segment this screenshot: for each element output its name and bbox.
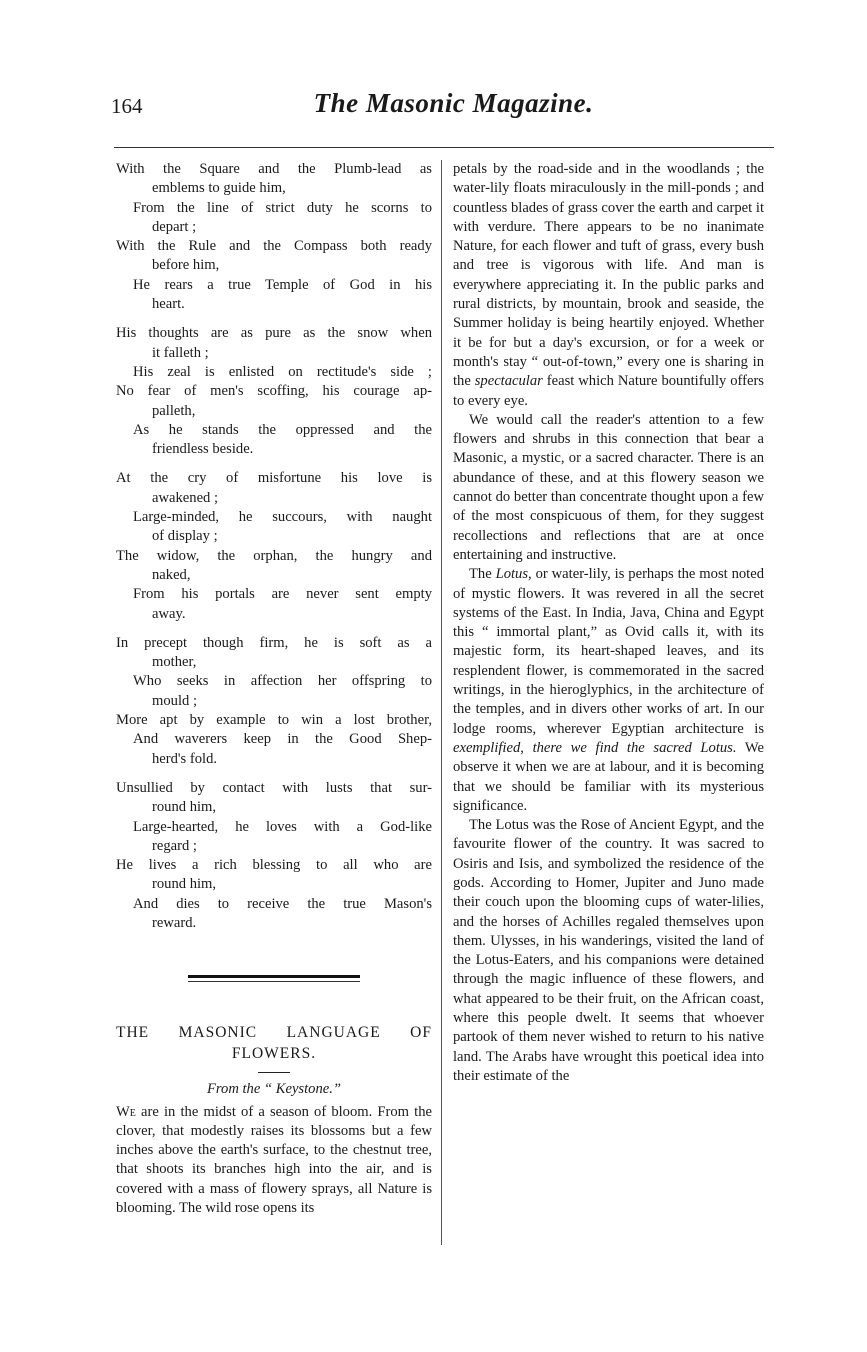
article-opening-paragraph: We are in the midst of a season of bloom…	[116, 1103, 432, 1219]
poem-line: As he stands the oppressed and the	[116, 421, 432, 440]
article-source: From the “ Keystone.”	[116, 1080, 432, 1099]
poem-line: Large-hearted, he loves with a God-like	[116, 818, 432, 837]
article-paragraph: The Lotus was the Rose of Ancient Egypt,…	[453, 816, 764, 1086]
text-run: The	[469, 566, 496, 582]
poem-line: heart.	[116, 295, 432, 314]
poem-stanza: At the cry of misfortune his love isawak…	[116, 469, 432, 623]
poem-line: emblems to guide him,	[116, 179, 432, 198]
poem-line: He lives a rich blessing to all who are	[116, 856, 432, 875]
section-divider-ornament	[188, 975, 360, 982]
poem-line: From the line of strict duty he scorns t…	[116, 199, 432, 218]
left-column: With the Square and the Plumb-lead asemb…	[116, 160, 432, 1218]
poem-line: herd's fold.	[116, 750, 432, 769]
poem-line: And waverers keep in the Good Shep-	[116, 730, 432, 749]
poem-line: naked,	[116, 566, 432, 585]
italic-text: Lotus	[496, 566, 528, 582]
poem-stanza: With the Square and the Plumb-lead asemb…	[116, 160, 432, 314]
poem-line: His thoughts are as pure as the snow whe…	[116, 324, 432, 343]
ornament-thin-rule	[188, 981, 360, 982]
text-run: We would call the reader's attention to …	[453, 412, 764, 563]
poem-line: it falleth ;	[116, 344, 432, 363]
article-continuation: petals by the road-side and in the woodl…	[453, 160, 764, 1086]
poem-line: And dies to receive the true Mason's	[116, 895, 432, 914]
poem-stanza: His thoughts are as pure as the snow whe…	[116, 324, 432, 459]
text-run: petals by the road-side and in the woodl…	[453, 161, 764, 389]
poem-line: reward.	[116, 914, 432, 933]
poem-line: palleth,	[116, 402, 432, 421]
title-short-rule	[258, 1072, 290, 1073]
poem-line: With the Square and the Plumb-lead as	[116, 160, 432, 179]
article-paragraph: We would call the reader's attention to …	[453, 411, 764, 565]
poem-line: His zeal is enlisted on rectitude's side…	[116, 363, 432, 382]
poem-line: At the cry of misfortune his love is	[116, 469, 432, 488]
article-title-line-1: THE MASONIC LANGUAGE OF	[116, 1022, 432, 1043]
poem-line: mould ;	[116, 692, 432, 711]
column-divider	[441, 160, 442, 1245]
poem-line: In precept though firm, he is soft as a	[116, 634, 432, 653]
poem-line: away.	[116, 605, 432, 624]
poem-line: of display ;	[116, 527, 432, 546]
poem-line: round him,	[116, 875, 432, 894]
poem-line: mother,	[116, 653, 432, 672]
article-paragraph: The Lotus, or water-lily, is perhaps the…	[453, 565, 764, 816]
poem-line: He rears a true Temple of God in his	[116, 276, 432, 295]
opening-text: are in the midst of a season of bloom. F…	[116, 1104, 432, 1216]
poem-line: Who seeks in affection her offspring to	[116, 672, 432, 691]
poem-line: round him,	[116, 798, 432, 817]
poem-stanza: Unsullied by contact with lusts that sur…	[116, 779, 432, 933]
running-title: The Masonic Magazine.	[0, 88, 867, 119]
poem-line: With the Rule and the Compass both ready	[116, 237, 432, 256]
poem-line: No fear of men's scoffing, his courage a…	[116, 382, 432, 401]
poem-line: depart ;	[116, 218, 432, 237]
ornament-thick-rule	[188, 975, 360, 978]
italic-text: exemplified, there we find the sacred Lo…	[453, 740, 737, 756]
poem-line: regard ;	[116, 837, 432, 856]
poem: With the Square and the Plumb-lead asemb…	[116, 160, 432, 933]
article-title-line-2: FLOWERS.	[116, 1043, 432, 1064]
poem-line: awakened ;	[116, 489, 432, 508]
poem-line: The widow, the orphan, the hungry and	[116, 547, 432, 566]
poem-line: More apt by example to win a lost brothe…	[116, 711, 432, 730]
poem-line: Unsullied by contact with lusts that sur…	[116, 779, 432, 798]
poem-stanza: In precept though firm, he is soft as am…	[116, 634, 432, 769]
poem-line: From his portals are never sent empty	[116, 585, 432, 604]
poem-line: before him,	[116, 256, 432, 275]
header-rule	[114, 147, 774, 148]
article-title: THE MASONIC LANGUAGE OF FLOWERS.	[116, 1022, 432, 1064]
poem-line: Large-minded, he succours, with naught	[116, 508, 432, 527]
right-column: petals by the road-side and in the woodl…	[453, 160, 764, 1086]
article-paragraph: petals by the road-side and in the woodl…	[453, 160, 764, 411]
italic-text: spectacular	[475, 373, 543, 389]
poem-line: friendless beside.	[116, 440, 432, 459]
text-run: The Lotus was the Rose of Ancient Egypt,…	[453, 817, 764, 1084]
text-run: , or water-lily, is perhaps the most not…	[453, 566, 764, 736]
dropcap-word: We	[116, 1104, 136, 1120]
